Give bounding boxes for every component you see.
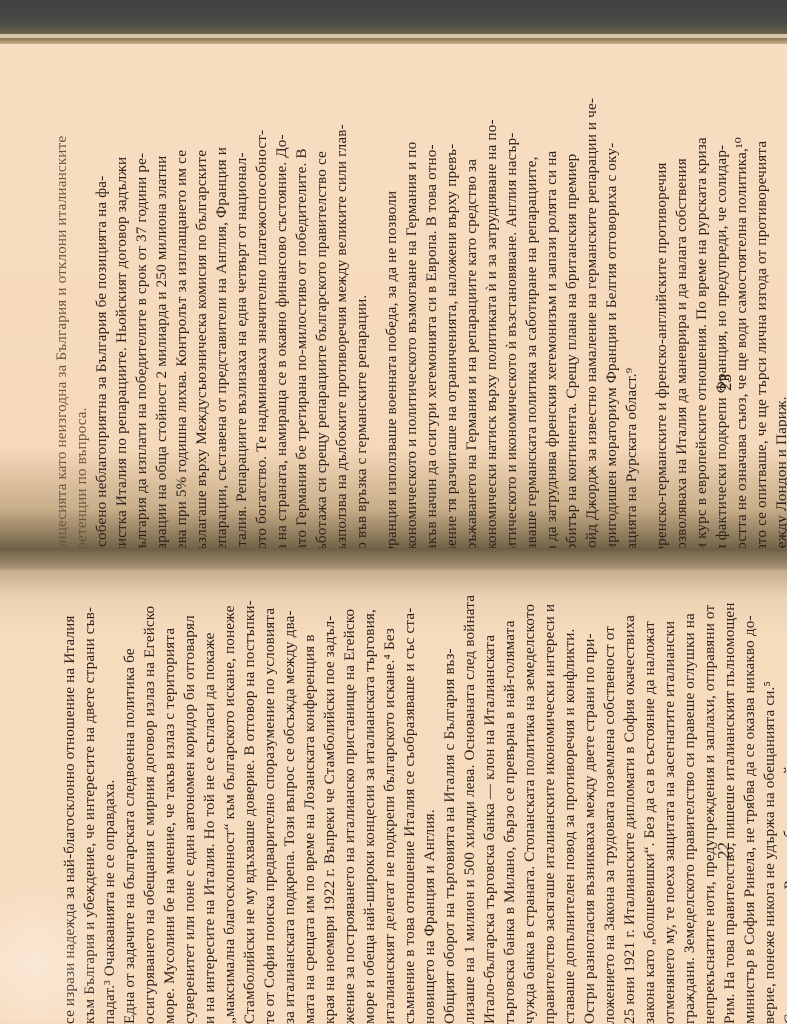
text-line: края на ноември 1922 г. Въпреки че Стамб…: [320, 586, 340, 1024]
text-line: търговска банка в Милано, бързо се превъ…: [500, 586, 520, 1024]
text-line: непрекъснатите ноти, предупреждения и за…: [700, 586, 720, 1024]
text-line: си курс в европейските отношения. По вре…: [692, 62, 712, 558]
text-line: Силно негодуване в Рим възбудиха действи…: [780, 568, 787, 1024]
text-line: мата на срещата им по време на Лозанскат…: [300, 586, 320, 1024]
page-22-text-block: се изрази надежда за най-благосклонно от…: [60, 584, 787, 1024]
text-line: лизаше на 1 милион и 500 хиляди лева. Ос…: [460, 586, 480, 1024]
text-line: България да изплати на победителите в ср…: [132, 62, 152, 558]
text-line: ността не означава съюз, че ще води само…: [732, 62, 752, 558]
text-line: Итало-българска търговска банка — клон н…: [480, 586, 500, 1024]
text-line: оръжаването на Германия и на репарациите…: [462, 62, 482, 558]
watermark-logo: [0, 880, 120, 1020]
text-line: та на страната, намираща се в окаяно фин…: [272, 62, 292, 558]
text-line: литическото и икономическото ѝ възстанов…: [502, 62, 522, 558]
text-line: граждани. Земеделското правителство си п…: [680, 586, 700, 1024]
text-line: пацията на Рурската област.⁹: [622, 62, 642, 558]
text-line: море и обеща най-широки концесии за итал…: [360, 586, 380, 1024]
text-line: икономически натиск върху политиката ѝ и…: [482, 62, 502, 558]
text-line: Една от задачите на българската следвоен…: [120, 568, 140, 1024]
text-line: Франция използваше военната победа, за д…: [382, 44, 402, 558]
text-line: между Лондон и Париж.: [772, 62, 787, 558]
text-line: тя фактически подкрепи Франция, но преду…: [712, 62, 732, 558]
text-line: претенции по въпроса.: [72, 62, 92, 558]
text-line: ставаше допълнителен повод за противореч…: [560, 586, 580, 1024]
text-line: Рим. На това правителство, пишеше италиа…: [720, 586, 740, 1024]
text-line: ното богатство. Те надминаваха значителн…: [252, 62, 272, 558]
text-line: за да затруднява френския хегемонизъм и …: [542, 62, 562, 558]
text-line: парации на обща стойност 2 милиарда и 25…: [152, 62, 172, 558]
text-line: репарации, съставена от представители на…: [212, 62, 232, 558]
text-line: за италианската подкрепа. Този въпрос се…: [280, 586, 300, 1024]
text-line: закона като „болшевишки“. Без да са в съ…: [640, 586, 660, 1024]
text-line: икономическото и политическото възмогван…: [402, 62, 422, 558]
text-line: новището на Франция и Англия.: [420, 586, 440, 1024]
text-line: верие, понеже никога не удържа на обещан…: [760, 586, 780, 1024]
text-line: Особено неблагоприятна за България бе по…: [92, 44, 112, 558]
text-line: Лойд Джордж за известно намаление на гер…: [582, 62, 602, 558]
text-line: чужда банка в страната. Стопанската поли…: [520, 586, 540, 1024]
text-line: като се опитваше, че ще търси лична изго…: [752, 62, 772, 558]
text-line: арбитър на континента. Срещу плана на бр…: [562, 62, 582, 558]
text-line: чаваше германската политика за саботиран…: [522, 62, 542, 558]
text-line: съмнение в това отношение Италия се съоб…: [400, 586, 420, 1024]
page-number-22: 22: [714, 842, 734, 859]
page-23-text-block: концесията като неизгодна за България и …: [52, 58, 787, 558]
text-line: жение за построяването на италианско при…: [340, 586, 360, 1024]
text-line: възползва на дълбоките противоречия межд…: [332, 62, 352, 558]
text-line: Общият оборот на търговията на Италия с …: [440, 568, 460, 1024]
book-top-edge: [0, 0, 787, 34]
text-line: и на интересите на Италия. Но той не се …: [200, 586, 220, 1024]
text-line: „максимална благосклонност“ към българск…: [220, 586, 240, 1024]
text-line: такъв начин да осигури хегемонията си в …: [422, 62, 442, 558]
text-line: осигуряването на обещания с мирния догов…: [140, 586, 160, 1024]
text-line: Френско-германските и френско-английскит…: [652, 44, 672, 558]
text-line: тиригодишен мораториум Франция и Белгия …: [602, 62, 622, 558]
page-23: концесията като неизгодна за България и …: [0, 44, 787, 560]
text-line: те от София поиска предварително споразу…: [260, 586, 280, 1024]
text-line: италианският делегат не подкрепи българс…: [380, 586, 400, 1024]
text-line: ложението на Закона за трудовата поземле…: [600, 586, 620, 1024]
text-line: Остри разногласия възникваха между двете…: [580, 568, 600, 1024]
text-line: отменянето му, те поеха защитата на засе…: [660, 586, 680, 1024]
text-line: 25 юни 1921 г. Италианските дипломати в …: [620, 586, 640, 1024]
text-line: шение тя разчиташе на ограниченията, нал…: [442, 62, 462, 558]
text-line: съботажа си срещу репарациите българскот…: [312, 62, 332, 558]
text-line: Стамболийски не му вдъхваше доверие. В о…: [240, 586, 260, 1024]
text-line: като Германия бе третирана по-милостиво …: [292, 62, 312, 558]
text-line: възлагаше върху Междусъюзническа комисия…: [192, 62, 212, 558]
text-line: правителство засягаше италианските иконо…: [540, 586, 560, 1024]
text-line: Италия. Репарациите възлизаха на една че…: [232, 62, 252, 558]
page-number-23: 23: [716, 374, 736, 391]
text-line: позволяваха на Италия да маневрира и да …: [672, 62, 692, 558]
text-line: лева при 5% годишна лихва. Контролът за …: [172, 62, 192, 558]
text-line: но във връзка с германските репарации.: [352, 62, 372, 558]
text-line: море. Мусолини бе на мнение, че такъв из…: [160, 586, 180, 1024]
text-line: шистка Италия по репарациите. Ньойският …: [112, 62, 132, 558]
text-line: концесията като неизгодна за България и …: [52, 62, 72, 558]
text-line: министър в София Ринела, не трябва да се…: [740, 586, 760, 1024]
text-line: суверенитет или поне с един автономен ко…: [180, 586, 200, 1024]
